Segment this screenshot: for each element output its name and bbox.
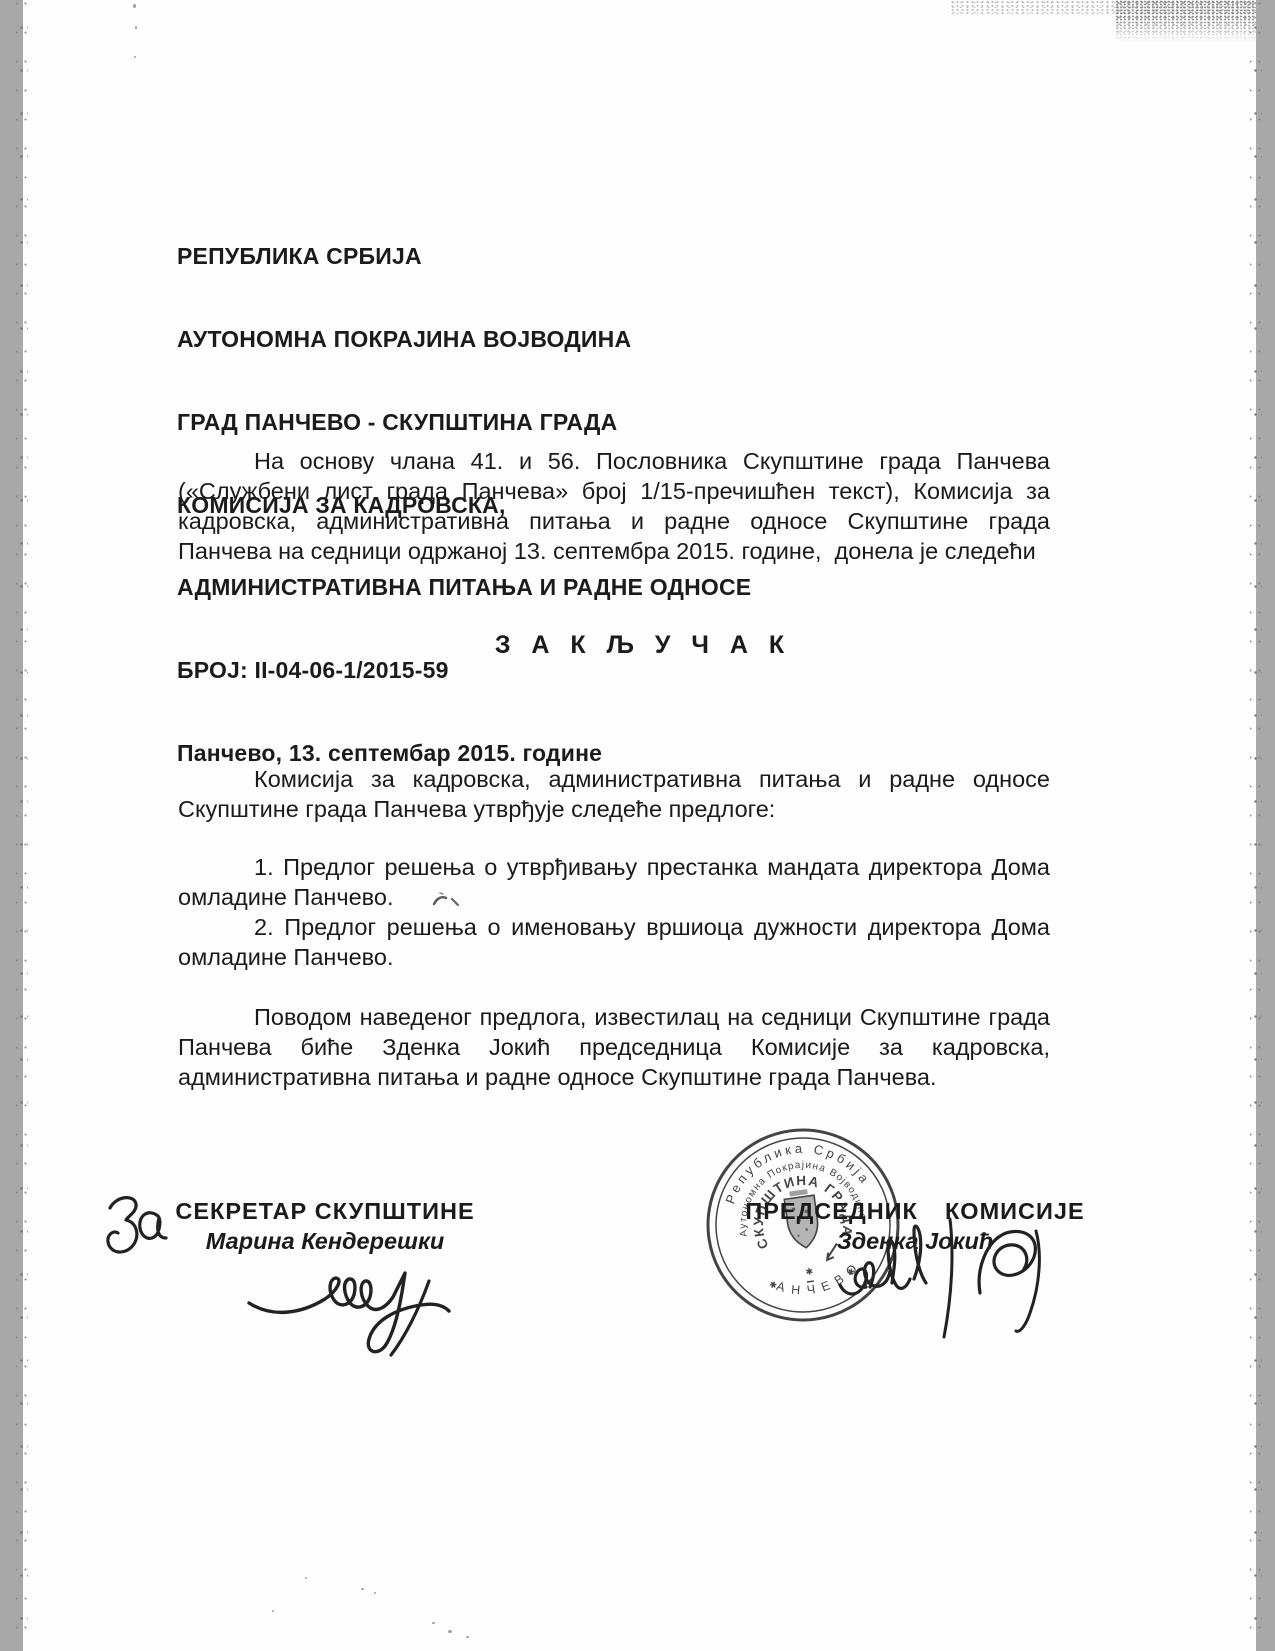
speck [432, 1622, 435, 1624]
proposals-paragraph: Комисија за кадровска, административна п… [178, 764, 1050, 824]
chairwoman-signature [830, 1213, 1085, 1341]
proposal-item-2: 2. Предлог решења о именовању вршиоца ду… [178, 912, 1050, 942]
scanned-document-page: РЕПУБЛИКА СРБИЈА АУТОНОМНА ПОКРАЈИНА ВОЈ… [0, 0, 1275, 1651]
intro-line: кадровска, административна питања и радн… [178, 506, 1050, 536]
proposal-item-1: омладине Панчево. [178, 882, 1050, 912]
proposal-item-1: 1. Предлог решења о утврђивању престанка… [178, 852, 1050, 882]
document-title: З А К Љ У Ч А К [178, 631, 1050, 660]
intro-line: Панчева на седници одржаној 13. септембр… [178, 536, 1050, 566]
seal-star-center: ✱ [805, 1266, 814, 1277]
rapporteur-line: Поводом наведеног предлога, известилац н… [178, 1002, 1050, 1032]
rapporteur-line: административна питања и радне односе Ск… [178, 1062, 1050, 1092]
letterhead-number-line: БРОЈ: II-04-06-1/2015-59 [177, 657, 751, 685]
letterhead-line: ГРАД ПАНЧЕВО - СКУПШТИНА ГРАДА [177, 409, 751, 437]
speck [133, 4, 136, 8]
proposals-line: Скупштине града Панчева утврђује следеће… [178, 794, 1050, 824]
signature-annotation-za [96, 1192, 172, 1264]
intro-line: На основу члана 41. и 56. Пословника Ску… [178, 446, 1050, 476]
secretary-signature [243, 1253, 463, 1355]
rapporteur-paragraph: Поводом наведеног предлога, известилац н… [178, 1002, 1050, 1092]
proposals-line: Комисија за кадровска, административна п… [178, 764, 1050, 794]
scan-speckles-right [1250, 0, 1262, 1651]
speck [305, 1577, 307, 1579]
scan-speckles-left [16, 0, 28, 1651]
secretary-role: СЕКРЕТАР СКУПШТИНЕ [170, 1196, 480, 1226]
scan-noise-corner [1115, 0, 1256, 42]
letterhead-line: АДМИНИСТРАТИВНА ПИТАЊА И РАДНЕ ОДНОСЕ [177, 574, 751, 602]
speck [361, 1588, 364, 1590]
intro-line: («Службени лист града Панчева» број 1/15… [178, 476, 1050, 506]
intro-paragraph: На основу члана 41. и 56. Пословника Ску… [178, 446, 1050, 566]
letterhead-line: РЕПУБЛИКА СРБИЈА [177, 243, 751, 271]
speck [448, 1630, 452, 1633]
secretary-signature-block: СЕКРЕТАР СКУПШТИНЕ Марина Кендерешки [170, 1196, 480, 1256]
speck [374, 1592, 376, 1594]
speck [135, 26, 137, 29]
speck [272, 1610, 274, 1612]
proposal-list: 1. Предлог решења о утврђивању престанка… [178, 852, 1050, 972]
speck [466, 1636, 469, 1638]
ink-smudge [430, 890, 464, 910]
proposal-item-2: омладине Панчево. [178, 942, 1050, 972]
secretary-name: Марина Кендерешки [170, 1226, 480, 1256]
rapporteur-line: Панчева биће Зденка Јокић председница Ко… [178, 1032, 1050, 1062]
letterhead-line: АУТОНОМНА ПОКРАЈИНА ВОЈВОДИНА [177, 326, 751, 354]
speck [134, 56, 136, 58]
